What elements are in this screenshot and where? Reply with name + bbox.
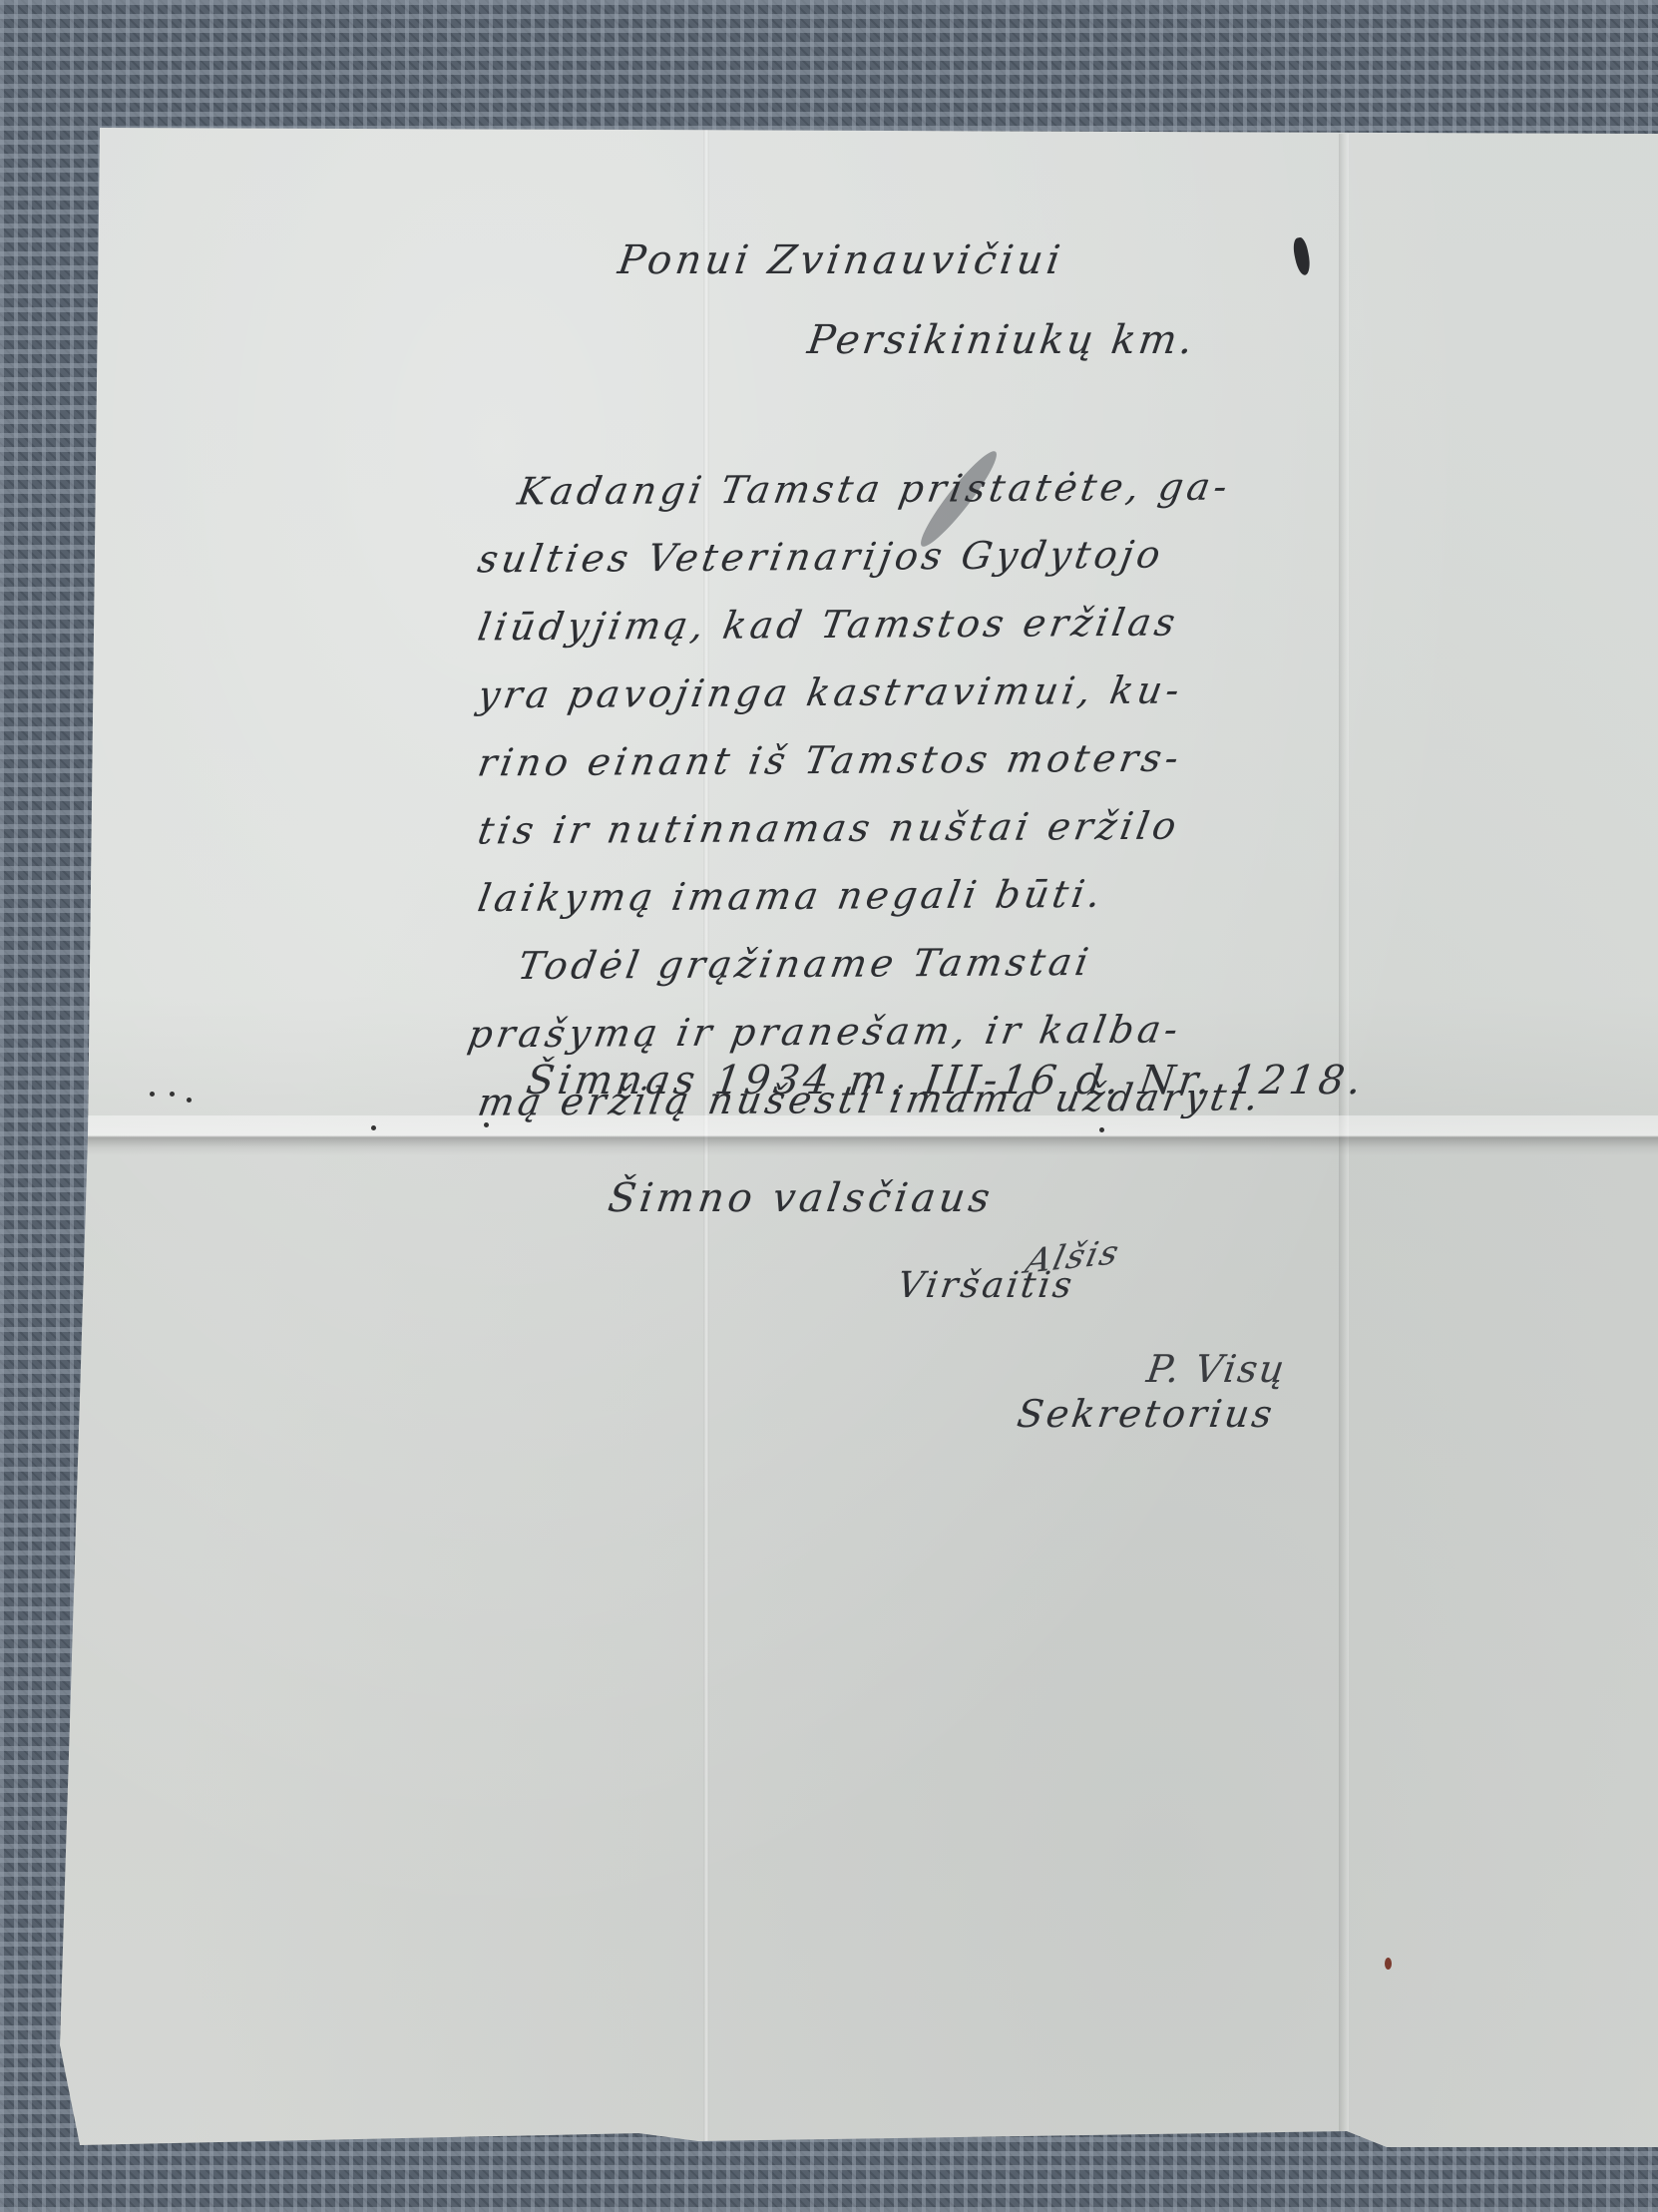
dateline: Šimnas 1934 m. III-16 d. Nr. 1218.	[524, 1058, 1369, 1104]
title-secretary: Sekretorius	[1015, 1392, 1278, 1436]
speck	[170, 1092, 175, 1097]
body-line: yra pavojinga kastravimui, ku-	[475, 668, 1187, 717]
body-line: sulties Veterinarijos Gydytojo	[475, 533, 1168, 582]
body-line: prašymą ir pranešam, ir kalba-	[465, 1008, 1185, 1057]
title-headman: Viršaitis	[895, 1265, 1077, 1306]
horizontal-fold-line	[85, 1115, 1658, 1155]
issuing-office: Šimno valsčiaus	[606, 1175, 997, 1221]
speck	[1099, 1127, 1104, 1132]
speck	[371, 1125, 376, 1130]
body-line: liūdyjimą, kad Tamstos eržilas	[475, 601, 1182, 650]
body-line: tis ir nutinnamas nuštai eržilo	[475, 804, 1183, 853]
speck	[187, 1098, 192, 1103]
body-line: Kadangi Tamsta pristatėte, ga-	[515, 465, 1235, 514]
addressee-name: Ponui Zvinauvičiui	[616, 237, 1067, 283]
addressee-village: Persikiniukų km.	[805, 317, 1199, 363]
speck	[150, 1092, 155, 1097]
signature-secretary: P. Visų	[1144, 1347, 1289, 1391]
body-line: Todėl grąžiname Tamstai	[515, 940, 1095, 988]
stain-dot	[1385, 1958, 1392, 1970]
body-line: laikymą imama negali būti.	[475, 872, 1108, 920]
body-line: rino einant iš Tamstos moters-	[475, 736, 1186, 785]
